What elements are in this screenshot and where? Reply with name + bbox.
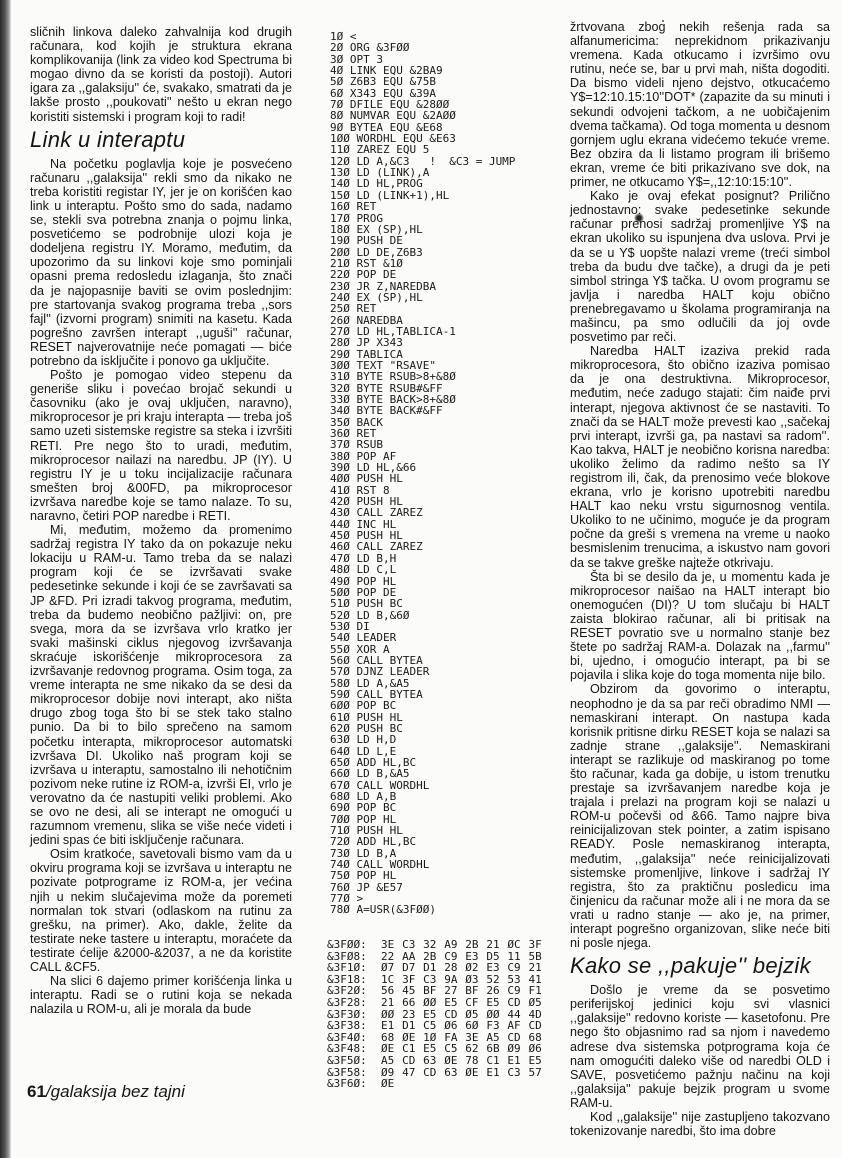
- body-paragraph: Kod ,,galaksije'' nije zastupljeno takoz…: [570, 1110, 830, 1138]
- body-paragraph: Došlo je vreme da se posvetimo periferij…: [570, 983, 830, 1110]
- section-heading-link-u-interaptu: Link u interaptu: [30, 127, 292, 153]
- print-speck: [588, 1128, 590, 1130]
- page-binding-edge: [0, 0, 11, 1158]
- code-line: 66Ø LD B,&A5: [330, 768, 560, 779]
- hex-address: &3F28:: [327, 997, 381, 1009]
- body-paragraph: Naredba HALT izaziva prekid rada mikropr…: [570, 344, 830, 570]
- code-line: 57Ø DJNZ LEADER: [330, 666, 560, 677]
- body-paragraph: Na slici 6 dajemo primer korišćenja link…: [30, 974, 292, 1016]
- right-text-column: žrtvovana zbog nekih rešenja rada sa alf…: [570, 20, 830, 1138]
- code-line: 31Ø BYTE RSUB>8+&8Ø: [330, 371, 560, 382]
- body-paragraph: Pošto je pomogao video stepenu da generi…: [30, 368, 292, 523]
- body-paragraph: žrtvovana zbog nekih rešenja rada sa alf…: [570, 20, 830, 189]
- code-line: 34Ø BYTE BACK#&FF: [330, 405, 560, 416]
- code-line: 16Ø RET: [330, 201, 560, 212]
- section-heading-kako-se-pakuje-bejzik: Kako se ,,pakuje'' bejzik: [570, 953, 830, 979]
- intro-paragraph: sličnih linkova daleko zahvalnija kod dr…: [30, 25, 292, 124]
- page-number: 61: [27, 1082, 46, 1101]
- code-line: 54Ø LEADER: [330, 632, 560, 643]
- code-line: 78Ø A=USR(&3FØØ): [330, 904, 560, 915]
- hex-bytes: ØE: [381, 1077, 394, 1090]
- code-line: 2Ø ORG &3FØØ: [330, 42, 560, 53]
- page-footer: 61/galaksija bez tajni: [27, 1082, 185, 1102]
- code-line: 25Ø RET: [330, 303, 560, 314]
- assembly-code-listing: 1Ø <2Ø ORG &3FØØ3Ø OPT 34Ø LINK EQU &2BA…: [330, 31, 560, 916]
- ink-smudge: [634, 213, 644, 223]
- code-line: 22Ø POP DE: [330, 269, 560, 280]
- code-line: 28Ø JP X343: [330, 337, 560, 348]
- hex-row: &3F6Ø:ØE: [327, 1078, 567, 1090]
- left-text-column: sličnih linkova daleko zahvalnija kod dr…: [30, 25, 292, 1016]
- code-line: 76Ø JP &E57: [330, 882, 560, 893]
- print-speck: [662, 20, 664, 22]
- body-paragraph: Na početku poglavlja koje je posvećeno r…: [30, 157, 292, 368]
- hex-address: &3F6Ø:: [327, 1078, 381, 1090]
- hex-address: &3F5Ø:: [327, 1055, 381, 1067]
- code-line: 63Ø LD H,D: [330, 734, 560, 745]
- body-paragraph: Kako je ovaj efekat posignut? Prilično j…: [570, 189, 830, 344]
- hex-bytes: Ø9 47 CD 63 ØE E1 C3 57: [381, 1066, 542, 1079]
- body-paragraph: Obzirom da govorimo o interaptu, neophod…: [570, 682, 830, 950]
- hex-address: &3F38:: [327, 1020, 381, 1032]
- code-line: 51Ø PUSH BC: [330, 598, 560, 609]
- body-paragraph: Osim kratkoće, savetovali bismo vam da u…: [30, 847, 292, 974]
- running-title: galaksija bez tajni: [51, 1082, 185, 1101]
- body-paragraph: Šta bi se desilo da je, u momentu kada j…: [570, 570, 830, 683]
- code-line: 19Ø PUSH DE: [330, 235, 560, 246]
- hex-address: &3FØØ:: [327, 939, 381, 951]
- code-line: 6ØØ POP BC: [330, 700, 560, 711]
- hex-dump-listing: &3FØØ:3E C3 32 A9 2B 21 ØC 3F&3FØ8:22 AA…: [327, 939, 567, 1090]
- body-paragraph: Mi, međutim, možemo da promenimo sadržaj…: [30, 523, 292, 847]
- code-line: 48Ø LD C,L: [330, 564, 560, 575]
